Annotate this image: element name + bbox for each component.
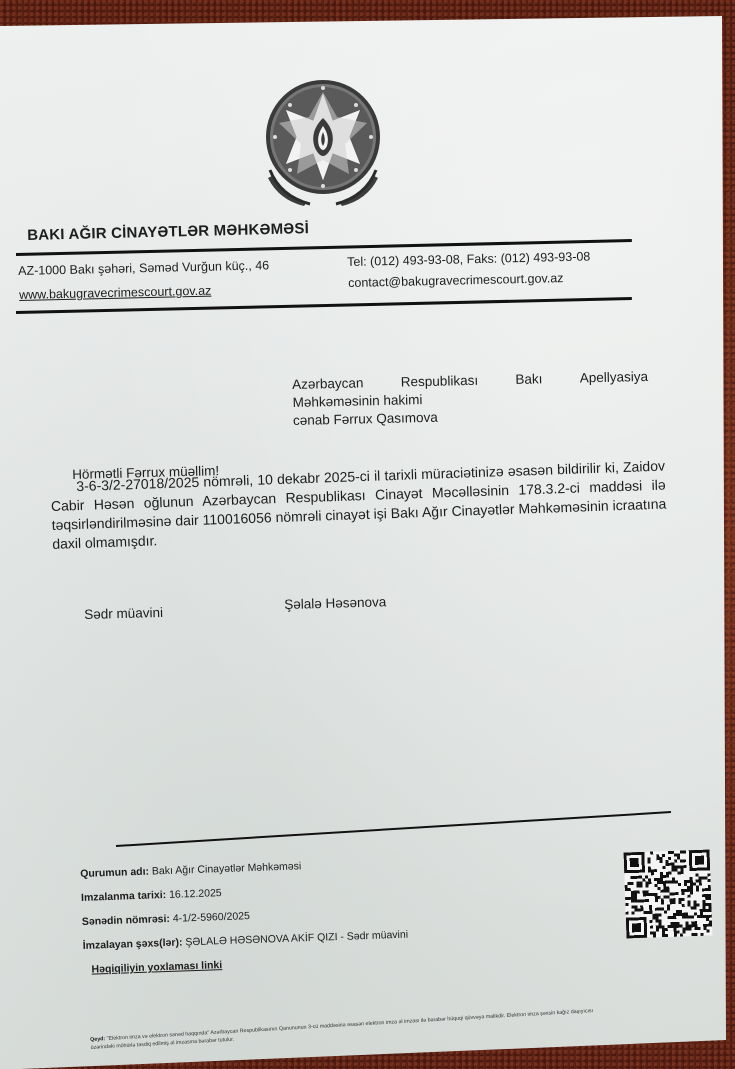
court-address: AZ-1000 Bakı şəhəri, Səməd Vurğun küç., … — [18, 258, 269, 278]
court-name-heading: BAKI AĞIR CİNAYƏTLƏR MƏHKƏMƏSİ — [27, 220, 309, 244]
signatory-name: Şəlalə Həsənova — [284, 594, 386, 612]
court-website-link[interactable]: www.bakugravecrimescourt.gov.az — [19, 284, 211, 302]
esign-org-value: Bakı Ağır Cinayətlər Məhkəməsi — [152, 860, 302, 877]
footnote-text: "Elektron imza və elektron sənəd haqqınd… — [91, 1008, 594, 1051]
addressee-word: Azərbaycan — [292, 374, 364, 394]
esign-docnum-label: Sənədin nömrəsi: — [82, 913, 170, 928]
legal-footnote: Qeyd: "Elektron imza və elektron sənəd h… — [90, 1006, 610, 1052]
electronic-signature-block: Qurumun adı: Bakı Ağır Cinayətlər Məhkəm… — [80, 857, 410, 988]
addressee-word: Apellyasiya — [580, 368, 649, 388]
court-phone-fax: Tel: (012) 493-93-08, Faks: (012) 493-93… — [347, 249, 590, 269]
footnote-label: Qeyd: — [90, 1036, 105, 1043]
signatory-role: Sədr müavini — [84, 605, 163, 622]
signature-separator-line — [116, 811, 671, 846]
esign-date-value: 16.12.2025 — [169, 887, 222, 901]
esign-docnum-value: 4-1/2-5960/2025 — [173, 910, 250, 925]
addressee-word: Bakı — [515, 370, 542, 389]
court-email: contact@bakugravecrimescourt.gov.az — [348, 271, 564, 290]
letter-paper: BAKI AĞIR CİNAYƏTLƏR MƏHKƏMƏSİ AZ-1000 B… — [0, 0, 735, 1069]
qr-code-icon[interactable] — [624, 850, 713, 939]
esign-signer-label: İmzalayan şəxs(lər): — [83, 936, 183, 951]
esign-org-label: Qurumun adı: — [80, 866, 149, 880]
addressee-word: Respublikası — [401, 372, 479, 392]
esign-date-label: Imzalanma tarixi: — [81, 889, 167, 904]
state-emblem-icon — [262, 78, 384, 206]
addressee-block: Azərbaycan Respublikası Bakı Apellyasiya… — [292, 368, 649, 430]
